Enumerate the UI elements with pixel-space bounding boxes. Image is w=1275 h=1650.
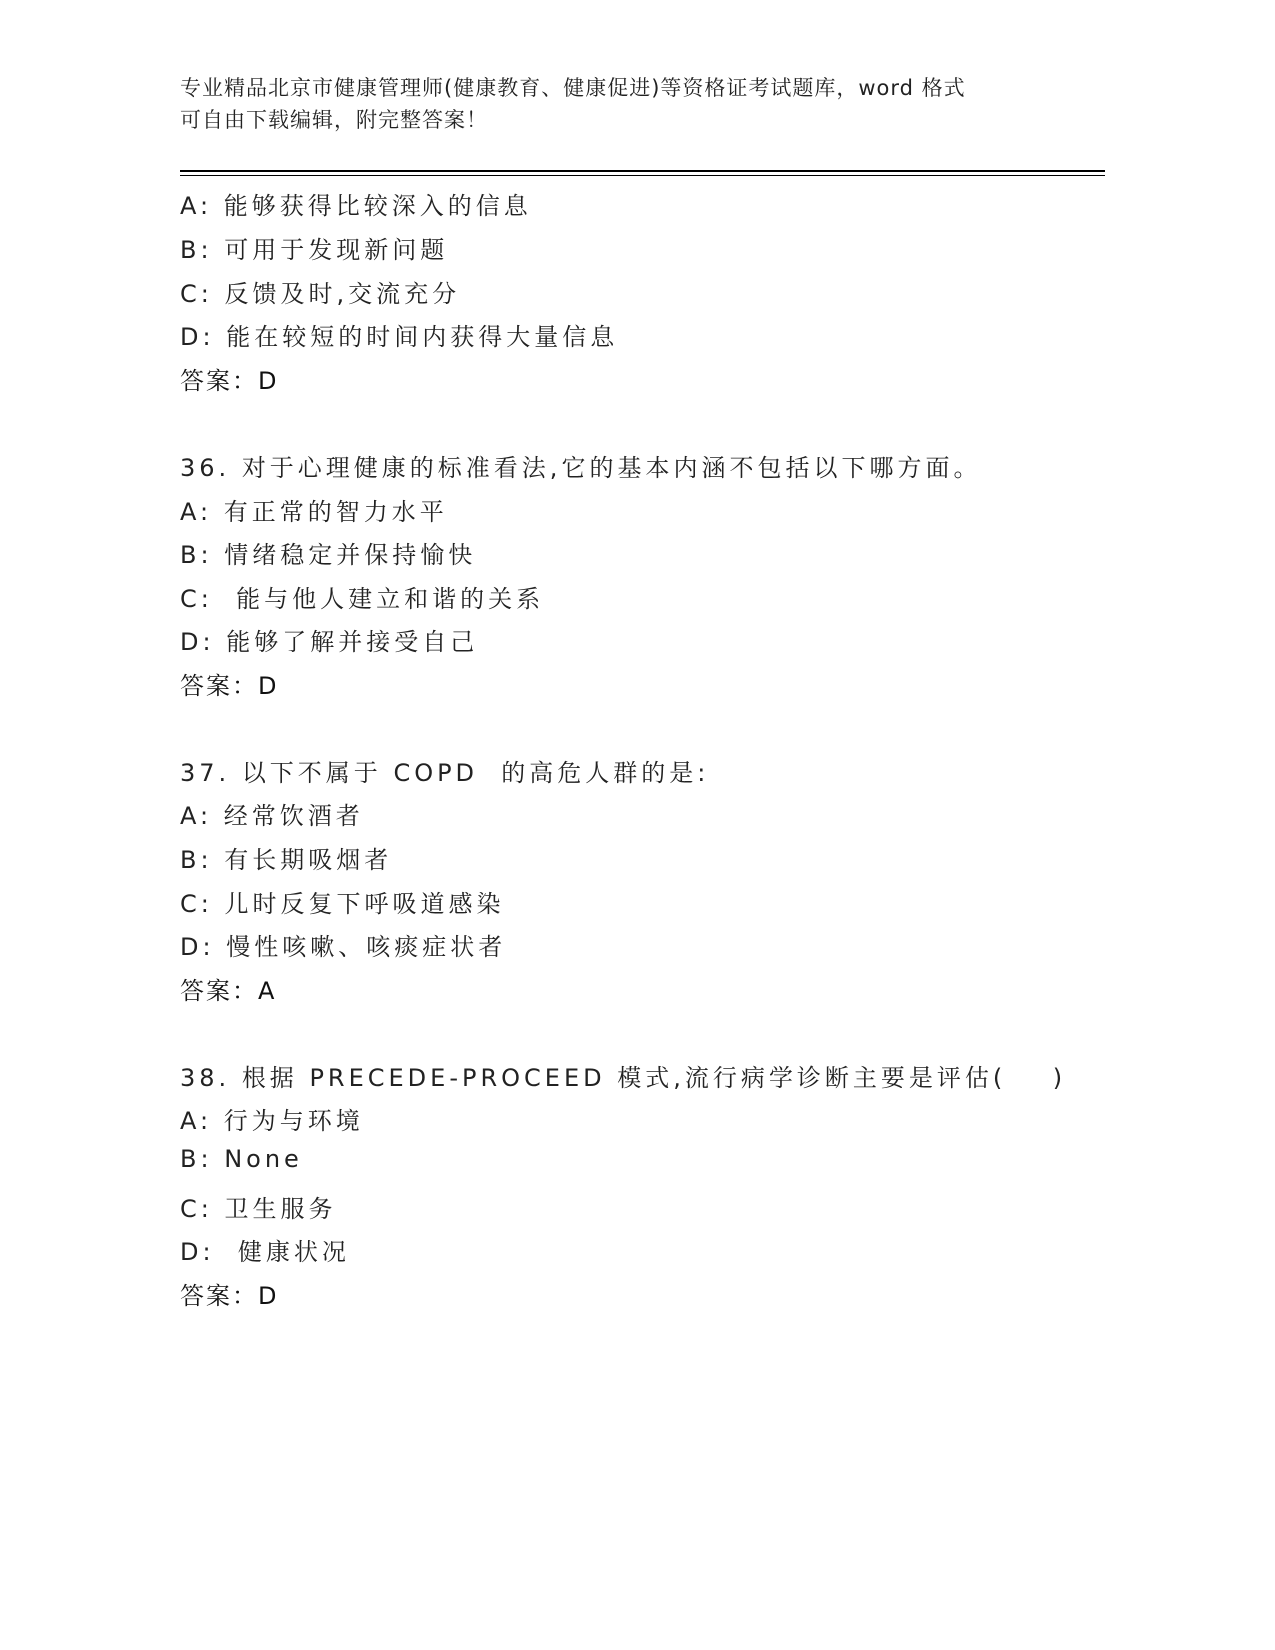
option-a: A: 有正常的智力水平 <box>180 492 448 527</box>
answer: 答案：A <box>180 971 276 1006</box>
option-label: A: <box>180 192 212 220</box>
option-c: C: 反馈及时,交流充分 <box>180 274 460 309</box>
option-c: C: 儿时反复下呼吸道感染 <box>180 884 504 919</box>
option-label: B: <box>180 541 213 569</box>
option-label: D: <box>180 323 215 351</box>
header-line-1: 专业精品北京市健康管理师(健康教育、健康促进)等资格证考试题库，word 格式 <box>180 72 1040 104</box>
option-d: D: 健康状况 <box>180 1232 350 1267</box>
option-c: C: 卫生服务 <box>180 1189 336 1224</box>
option-text: 有长期吸烟者 <box>224 846 392 874</box>
option-b: B: 有长期吸烟者 <box>180 840 392 875</box>
answer: 答案：D <box>180 666 278 701</box>
option-text: 有正常的智力水平 <box>224 498 448 526</box>
option-label: A: <box>180 802 212 830</box>
option-a: A: 能够获得比较深入的信息 <box>180 186 532 221</box>
option-text: 行为与环境 <box>224 1107 364 1135</box>
option-label: D: <box>180 933 215 961</box>
header-line-2: 可自由下载编辑，附完整答案！ <box>180 104 1040 136</box>
option-label: C: <box>180 1195 213 1223</box>
question-text: 以下不属于 COPD 的高危人群的是: <box>242 759 710 787</box>
question-stem: 37. 以下不属于 COPD 的高危人群的是: <box>180 753 709 788</box>
option-label: A: <box>180 1107 212 1135</box>
option-label: D: <box>180 1238 215 1266</box>
question-text: 对于心理健康的标准看法,它的基本内涵不包括以下哪方面。 <box>242 454 982 482</box>
option-b: B: None <box>180 1145 303 1173</box>
question-text: 根据 PRECEDE-PROCEED 模式,流行病学诊断主要是评估( ) <box>242 1064 1066 1092</box>
document-header: 专业精品北京市健康管理师(健康教育、健康促进)等资格证考试题库，word 格式 … <box>180 72 1040 136</box>
option-label: C: <box>180 890 213 918</box>
option-label: B: <box>180 236 213 264</box>
option-text: 经常饮酒者 <box>224 802 364 830</box>
option-label: A: <box>180 498 212 526</box>
question-number: 37. <box>180 759 230 787</box>
question-stem: 36. 对于心理健康的标准看法,它的基本内涵不包括以下哪方面。 <box>180 448 981 483</box>
option-text: 卫生服务 <box>224 1195 336 1223</box>
option-d: D: 慢性咳嗽、咳痰症状者 <box>180 927 506 962</box>
option-text: 儿时反复下呼吸道感染 <box>224 890 504 918</box>
option-text: 能与他人建立和谐的关系 <box>224 585 544 613</box>
option-d: D: 能够了解并接受自己 <box>180 622 478 657</box>
option-text: 能够了解并接受自己 <box>226 628 478 656</box>
option-text: 反馈及时,交流充分 <box>224 280 460 308</box>
option-b: B: 情绪稳定并保持愉快 <box>180 535 476 570</box>
question-stem: 38. 根据 PRECEDE-PROCEED 模式,流行病学诊断主要是评估( ) <box>180 1058 1066 1093</box>
question-number: 36. <box>180 454 230 482</box>
option-label: D: <box>180 628 215 656</box>
option-text: 健康状况 <box>226 1238 350 1266</box>
option-a: A: 经常饮酒者 <box>180 796 364 831</box>
answer: 答案：D <box>180 361 278 396</box>
option-label: C: <box>180 585 213 613</box>
option-text: 能在较短的时间内获得大量信息 <box>226 323 618 351</box>
option-a: A: 行为与环境 <box>180 1101 364 1136</box>
option-text: 情绪稳定并保持愉快 <box>224 541 476 569</box>
option-label: C: <box>180 280 213 308</box>
question-number: 38. <box>180 1064 230 1092</box>
option-text: None <box>224 1145 303 1173</box>
option-label: B: <box>180 1145 213 1173</box>
answer: 答案：D <box>180 1276 278 1311</box>
option-b: B: 可用于发现新问题 <box>180 230 448 265</box>
option-text: 能够获得比较深入的信息 <box>224 192 532 220</box>
option-text: 可用于发现新问题 <box>224 236 448 264</box>
option-c: C: 能与他人建立和谐的关系 <box>180 579 544 614</box>
header-rule-thick <box>180 170 1105 172</box>
option-d: D: 能在较短的时间内获得大量信息 <box>180 317 618 352</box>
option-text: 慢性咳嗽、咳痰症状者 <box>226 933 506 961</box>
option-label: B: <box>180 846 213 874</box>
header-rule-thin <box>180 175 1105 176</box>
